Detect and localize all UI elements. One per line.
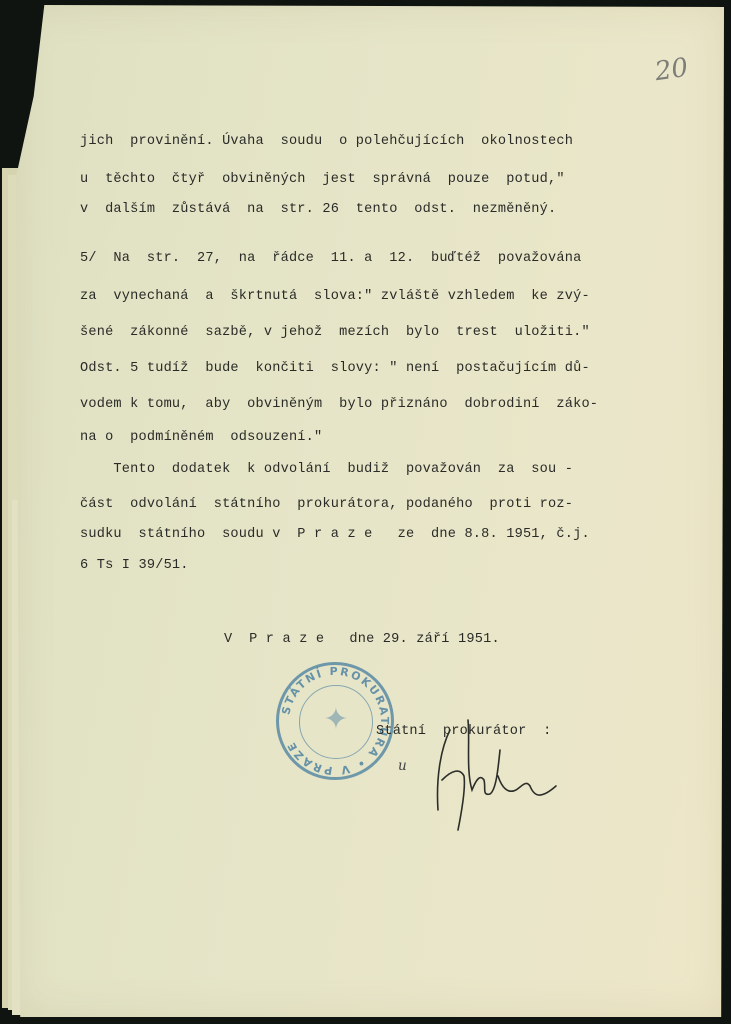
text-line: sudku státního soudu v P r a z e ze dne …: [80, 527, 590, 542]
text-line: jich provinění. Úvaha soudu o polehčujíc…: [80, 134, 573, 149]
text-line: Tento dodatek k odvolání budiž považován…: [80, 462, 573, 477]
text-line: 6 Ts I 39/51.: [80, 558, 189, 573]
place-date: V P r a z e dne 29. září 1951.: [224, 632, 500, 647]
signature-icon: [380, 710, 570, 840]
emblem-icon: ✦: [300, 702, 372, 737]
text-line: vodem k tomu, aby obviněným bylo přiznán…: [80, 397, 598, 412]
text-line: část odvolání státního prokurátora, poda…: [80, 497, 573, 512]
stamp-inner-circle: ✦: [299, 685, 373, 759]
official-stamp: STÁTNÍ PROKURATURA • V PRAZE ✦: [276, 662, 394, 780]
text-line: v dalším zůstává na str. 26 tento odst. …: [80, 202, 556, 217]
text-line: na o podmíněném odsouzení.": [80, 430, 322, 445]
handwritten-signature: [380, 710, 570, 845]
text-line: šené zákonné sazbě, v jehož mezích bylo …: [80, 325, 590, 340]
text-line: Odst. 5 tudíž bude končiti slovy: " není…: [80, 361, 590, 376]
text-line: za vynechaná a škrtnutá slova:" zvláště …: [80, 289, 590, 304]
text-line: 5/ Na str. 27, na řádce 11. a 12. buďtéž…: [80, 251, 581, 266]
page-number: 20: [653, 53, 690, 87]
text-line: u těchto čtyř obviněných jest správná po…: [80, 172, 565, 187]
